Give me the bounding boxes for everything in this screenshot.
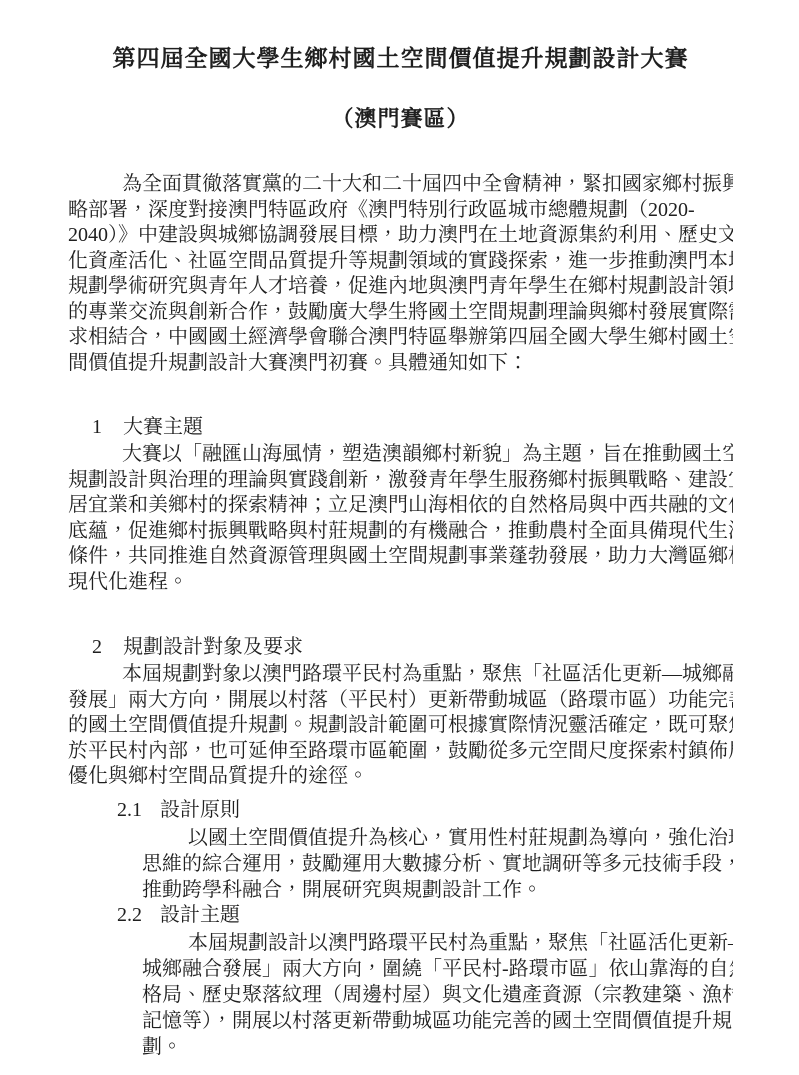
paragraph-line: 條件，共同推進自然資源管理與國土空間規劃事業蓬勃發展，助力大灣區鄉村: [68, 544, 733, 570]
section-2-title: 規劃設計對象及要求: [123, 636, 303, 658]
paragraph-line: 略部署，深度對接澳門特區政府《澳門特別行政區城市總體規劃（2020-: [68, 198, 733, 224]
document-page: 第四屆全國大學生鄉村國土空間價值提升規劃設計大賽 （澳門賽區） 為全面貫徹落實黨…: [0, 0, 799, 1075]
paragraph-line: 居宜業和美鄉村的探索精神；立足澳門山海相依的自然格局與中西共融的文化: [68, 493, 733, 519]
paragraph-line: 2040）》中建設與城鄉協調發展目標，助力澳門在土地資源集約利用、歷史文: [68, 223, 733, 249]
section-2-2-title: 設計主題: [160, 904, 240, 926]
section-2-1-heading: 2.1設計原則: [68, 798, 733, 823]
section-2-number: 2: [92, 635, 123, 660]
section-2-2-heading: 2.2設計主題: [68, 903, 733, 928]
paragraph-line: 間價值提升規劃設計大賽澳門初賽。具體通知如下：: [68, 351, 733, 377]
section-2-2-paragraph: 本屆規劃設計以澳門路環平民村為重點，聚焦「社區活化更新— 城鄉融合發展」兩大方向…: [142, 930, 733, 1060]
paragraph-line: 城鄉融合發展」兩大方向，圍繞「平民村-路環市區」依山靠海的自然: [142, 956, 733, 982]
paragraph-line: 記憶等），開展以村落更新帶動城區功能完善的國土空間價值提升規: [142, 1008, 733, 1034]
paragraph-line: 發展」兩大方向，開展以村落（平民村）更新帶動城區（路環市區）功能完善: [68, 688, 733, 714]
section-2-heading: 2規劃設計對象及要求: [68, 635, 733, 660]
paragraph-line: 大賽以「融匯山海風情，塑造澳韻鄉村新貌」為主題，旨在推動國土空間: [68, 442, 733, 468]
intro-paragraph: 為全面貫徹落實黨的二十大和二十屆四中全會精神，緊扣國家鄉村振興戰 略部署，深度對…: [68, 172, 733, 376]
paragraph-line: 格局、歷史聚落紋理（周邊村屋）與文化遺產資源（宗教建築、漁村: [142, 982, 733, 1008]
paragraph-line: 求相結合，中國國土經濟學會聯合澳門特區舉辦第四屆全國大學生鄉村國土空: [68, 325, 733, 351]
paragraph-line: 優化與鄉村空間品質提升的途徑。: [68, 764, 733, 790]
paragraph-line: 規劃學術研究與青年人才培養，促進內地與澳門青年學生在鄉村規劃設計領域: [68, 274, 733, 300]
section-1-title: 大賽主題: [123, 416, 203, 438]
section-1-number: 1: [92, 415, 123, 440]
paragraph-line: 本屆規劃設計以澳門路環平民村為重點，聚焦「社區活化更新—: [142, 930, 733, 956]
document-content: 第四屆全國大學生鄉村國土空間價值提升規劃設計大賽 （澳門賽區） 為全面貫徹落實黨…: [0, 0, 799, 1060]
document-title: 第四屆全國大學生鄉村國土空間價值提升規劃設計大賽: [68, 0, 733, 74]
paragraph-line: 以國土空間價值提升為核心，實用性村莊規劃為導向，強化治理: [142, 825, 733, 851]
paragraph-line: 推動跨學科融合，開展研究與規劃設計工作。: [142, 877, 733, 903]
section-1-paragraph: 大賽以「融匯山海風情，塑造澳韻鄉村新貌」為主題，旨在推動國土空間 規劃設計與治理…: [68, 442, 733, 595]
paragraph-line: 於平民村內部，也可延伸至路環市區範圍，鼓勵從多元空間尺度探索村鎮佈局: [68, 739, 733, 765]
paragraph-line: 劃。: [142, 1034, 733, 1060]
section-2-1-title: 設計原則: [160, 799, 240, 821]
section-2-paragraph: 本屆規劃對象以澳門路環平民村為重點，聚焦「社區活化更新—城鄉融合 發展」兩大方向…: [68, 662, 733, 790]
paragraph-line: 底蘊，促進鄉村振興戰略與村莊規劃的有機融合，推動農村全面具備現代生活: [68, 519, 733, 545]
section-2-1-paragraph: 以國土空間價值提升為核心，實用性村莊規劃為導向，強化治理 思維的綜合運用，鼓勵運…: [142, 825, 733, 903]
paragraph-line: 思維的綜合運用，鼓勵運用大數據分析、實地調研等多元技術手段，: [142, 851, 733, 877]
section-2-2-number: 2.2: [117, 903, 160, 928]
paragraph-line: 化資產活化、社區空間品質提升等規劃領域的實踐探索，進一步推動澳門本地: [68, 249, 733, 275]
paragraph-line: 的專業交流與創新合作，鼓勵廣大學生將國土空間規劃理論與鄉村發展實際需: [68, 300, 733, 326]
paragraph-line: 現代化進程。: [68, 570, 733, 596]
section-2-1-number: 2.1: [117, 798, 160, 823]
paragraph-line: 規劃設計與治理的理論與實踐創新，激發青年學生服務鄉村振興戰略、建設宜: [68, 468, 733, 494]
section-1-heading: 1大賽主題: [68, 415, 733, 440]
document-subtitle: （澳門賽區）: [68, 104, 733, 134]
paragraph-line: 的國土空間價值提升規劃。規劃設計範圍可根據實際情況靈活確定，既可聚焦: [68, 713, 733, 739]
paragraph-line: 為全面貫徹落實黨的二十大和二十屆四中全會精神，緊扣國家鄉村振興戰: [68, 172, 733, 198]
paragraph-line: 本屆規劃對象以澳門路環平民村為重點，聚焦「社區活化更新—城鄉融合: [68, 662, 733, 688]
